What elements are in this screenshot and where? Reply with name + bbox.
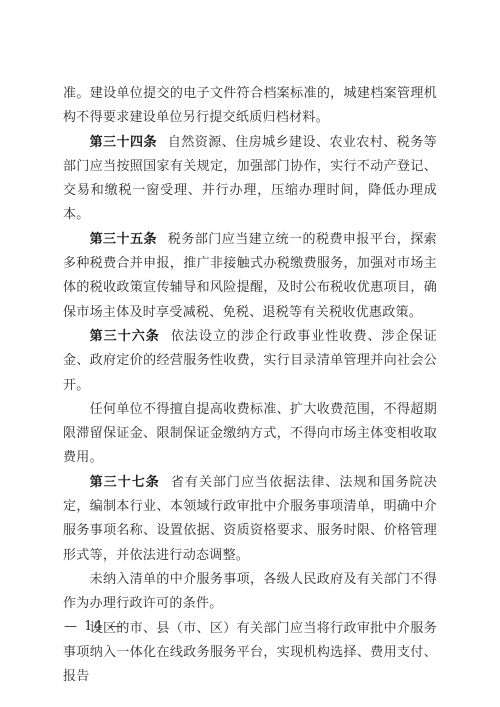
paragraph: 任何单位不得擅自提高收费标准、扩大收费范围，不得超期限滞留保证金、限制保证金缴纳… <box>63 398 437 471</box>
article-number: 第三十六条 <box>90 329 171 344</box>
paragraph-text: 任何单位不得擅自提高收费标准、扩大收费范围，不得超期限滞留保证金、限制保证金缴纳… <box>63 402 437 466</box>
paragraph-text: 准。建设单位提交的电子文件符合档案标准的，城建档案管理机构不得要求建设单位另行提… <box>63 86 437 125</box>
paragraph-text: 未纳入清单的中介服务事项，各级人民政府及有关部门不得作为办理行政许可的条件。 <box>63 572 437 611</box>
page-number: — 14 — <box>64 615 124 639</box>
article-number: 第三十五条 <box>90 232 168 247</box>
article-paragraph: 第三十四条自然资源、住房城乡建设、农业农村、税务等部门应当按照国家有关规定，加强… <box>63 131 437 228</box>
document-page: 准。建设单位提交的电子文件符合档案标准的，城建档案管理机构不得要求建设单位另行提… <box>0 0 500 707</box>
article-number: 第三十七条 <box>90 475 171 490</box>
article-paragraph: 第三十六条依法设立的涉企行政事业性收费、涉企保证金、政府定价的经营服务性收费，实… <box>63 325 437 398</box>
article-number: 第三十四条 <box>90 135 168 150</box>
article-paragraph: 第三十七条省有关部门应当依据法律、法规和国务院决定，编制本行业、本领域行政审批中… <box>63 471 437 568</box>
paragraph: 准。建设单位提交的电子文件符合档案标准的，城建档案管理机构不得要求建设单位另行提… <box>63 82 437 131</box>
text-block: 准。建设单位提交的电子文件符合档案标准的，城建档案管理机构不得要求建设单位另行提… <box>63 82 437 689</box>
paragraph: 未纳入清单的中介服务事项，各级人民政府及有关部门不得作为办理行政许可的条件。 <box>63 568 437 617</box>
article-paragraph: 第三十五条税务部门应当建立统一的税费申报平台，探索多种税费合并申报，推广非接触式… <box>63 228 437 325</box>
